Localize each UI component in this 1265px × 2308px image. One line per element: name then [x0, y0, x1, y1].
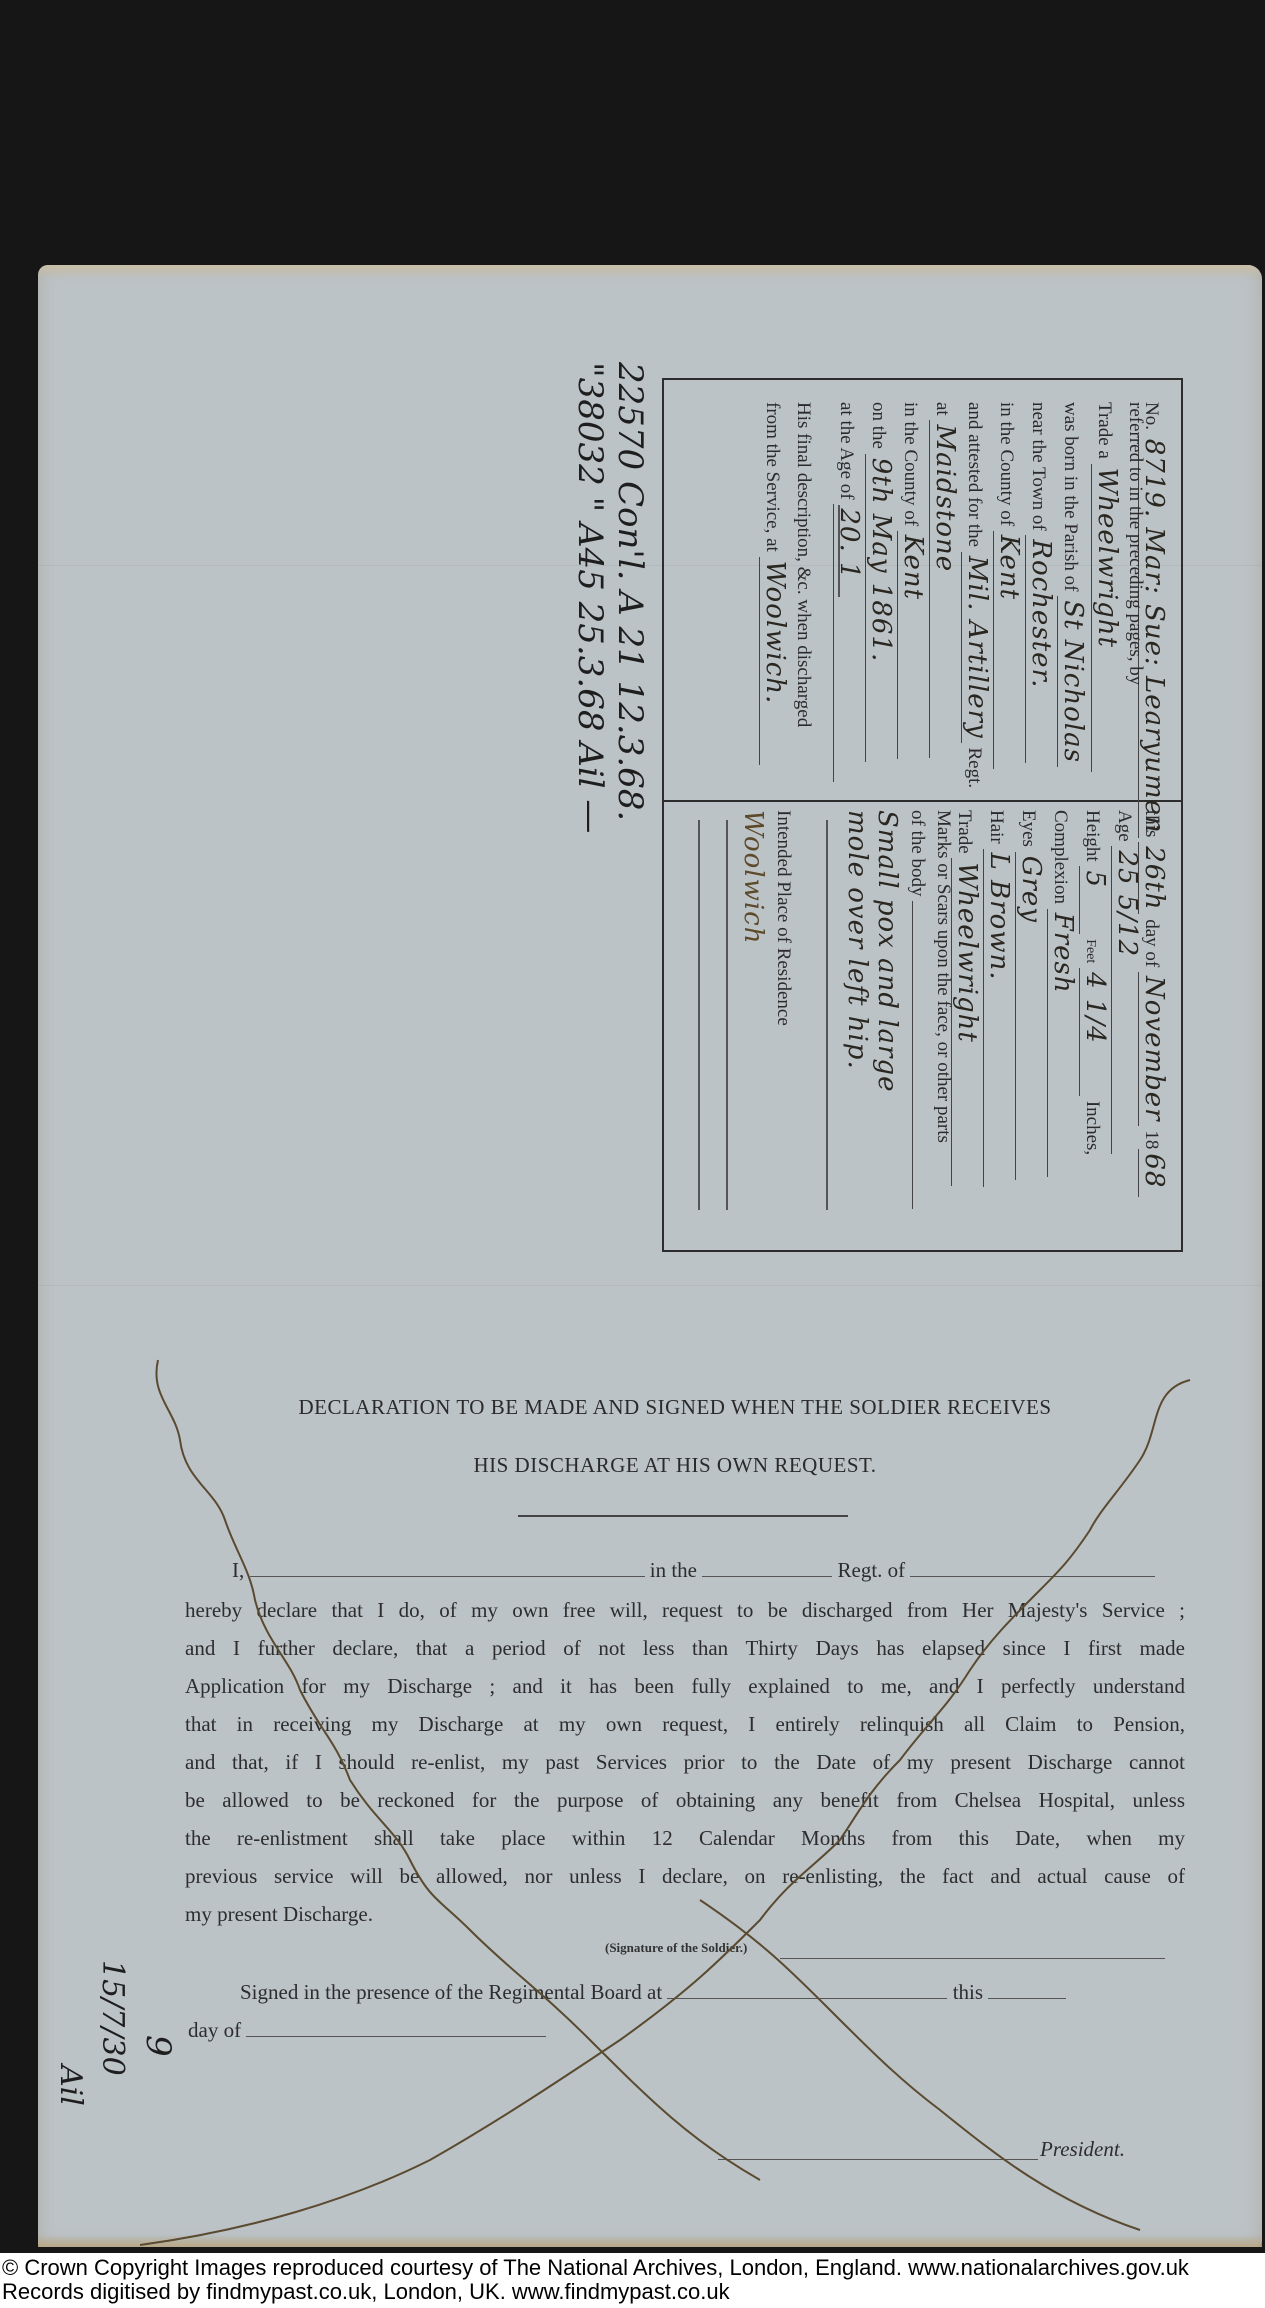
margin-annotation-number: 9 — [138, 2035, 178, 2057]
row-this-day: this 26th day of November 1868 — [1138, 810, 1169, 1197]
day-blank — [988, 1997, 1066, 1999]
rotated-annotation-line-1: 22570 Con'l. A 21 12.3.68. — [610, 362, 650, 821]
president-signature-line[interactable] — [718, 2158, 1038, 2160]
final-description-label: His final description, &c. when discharg… — [792, 402, 814, 727]
regiment-value: Mil. Artillery — [961, 552, 992, 743]
day-value: 26th — [1138, 842, 1169, 914]
paper-fold-line — [38, 1285, 1262, 1286]
board-location-blank — [667, 1997, 947, 1999]
row-discharged-at: from the Service, at Woolwich. — [759, 402, 790, 765]
declaration-body-line: that in receiving my Discharge at my own… — [185, 1712, 1185, 1737]
row-town: near the Town of Rochester. — [1025, 402, 1056, 763]
row-complexion: Complexion Fresh — [1047, 810, 1078, 1177]
county-birth-value: Kent — [993, 531, 1024, 769]
soldier-signature-label: (Signature of the Soldier.) — [605, 1940, 747, 1956]
discharge-place-value: Woolwich. — [759, 557, 790, 765]
margin-annotation-date: 15/7/30 — [95, 1960, 130, 2076]
trade-value: Wheelwright — [1091, 464, 1122, 772]
age-value: 25 5/12 — [1111, 846, 1142, 1154]
table-divider — [664, 800, 1181, 802]
row-height: Height 5 Feet 4 1/4 Inches, — [1079, 810, 1110, 1155]
margin-annotation-initials: Ail — [53, 2065, 88, 2106]
month-blank — [246, 2035, 546, 2037]
declaration-body-line: previous service will be allowed, nor un… — [185, 1864, 1185, 1889]
declaration-heading-line-1: Declaration to be made and signed when t… — [150, 1395, 1200, 1420]
copyright-footer: © Crown Copyright Images reproduced cour… — [0, 2253, 1265, 2308]
complexion-value: Fresh — [1047, 909, 1078, 1177]
declaration-heading-line-2: his discharge at his own request. — [150, 1453, 1200, 1478]
attested-date-value: 9th May 1861. — [865, 454, 896, 762]
height-inches-value: 4 1/4 — [1079, 968, 1110, 1096]
row-trade: Trade a Wheelwright — [1091, 402, 1122, 772]
row-attested-at: at Maidstone — [929, 402, 960, 758]
height-feet-value: 5 — [1079, 866, 1110, 934]
row-trade-discharge: Trade Wheelwright — [951, 810, 982, 1186]
residence-label: Intended Place of Residence — [772, 810, 794, 1026]
town-value: Rochester. — [1025, 535, 1056, 763]
marks-label: Marks or Scars upon the face, or other p… — [932, 810, 954, 1143]
regiment-blank — [910, 1575, 1155, 1577]
row-parish: was born in the Parish of St Nicholas — [1057, 402, 1088, 767]
soldier-description-table: No. 8719. Mar: Sue: Learyumen referred t… — [662, 378, 1183, 1252]
marks-value-1: Small pox and large — [872, 810, 902, 1093]
row-age-discharge: Age 25 5/12 — [1111, 810, 1142, 1154]
row-eyes: Eyes Grey — [1015, 810, 1046, 1180]
copyright-line-2: Records digitised by findmypast.co.uk, L… — [2, 2280, 1265, 2304]
blank-line — [698, 820, 700, 1210]
blank-line — [826, 820, 828, 1210]
eyes-value: Grey — [1015, 852, 1046, 1180]
declaration-body-line: be allowed to be reckoned for the purpos… — [185, 1788, 1185, 1813]
soldier-signature-line[interactable] — [780, 1957, 1165, 1959]
declaration-body-line: hereby declare that I do, of my own free… — [185, 1598, 1185, 1623]
separator-rule — [838, 505, 840, 597]
declaration-body-line: the re-enlistment shall take place withi… — [185, 1826, 1185, 1851]
year-value: 68 — [1138, 1149, 1169, 1197]
declaration-body-line: and that, if I should re-enlist, my past… — [185, 1750, 1185, 1775]
heading-rule — [518, 1515, 848, 1517]
number-blank — [702, 1575, 832, 1577]
declaration-body-line: Application for my Discharge ; and it ha… — [185, 1674, 1185, 1699]
hair-value: L Brown. — [983, 849, 1014, 1187]
row-hair: Hair L Brown. — [983, 810, 1014, 1187]
rotated-annotation-line-2: "38032 " A45 25.3.68 Ail — — [570, 362, 610, 833]
county-attested-value: Kent — [897, 531, 928, 759]
declaration-body-last-line: my present Discharge. — [185, 1902, 1185, 1927]
row-referred: referred to in the preceding pages, by — [1124, 402, 1146, 685]
row-county-birth: in the County of Kent — [993, 402, 1024, 769]
declaration-body-line: and I further declare, that a period of … — [185, 1636, 1185, 1661]
declaration-intro: I, in the Regt. of — [232, 1558, 1232, 1583]
residence-value: Woolwich — [738, 810, 768, 944]
president-label: President. — [1040, 2137, 1125, 2162]
row-county-attested: in the County of Kent — [897, 402, 928, 759]
attested-place-value: Maidstone — [929, 420, 960, 758]
row-attested: and attested for the Mil. Artillery Regt… — [961, 402, 992, 788]
row-marks: of the body — [906, 810, 928, 1209]
marks-value-2: mole over left hip. — [842, 810, 872, 1070]
row-on-the: on the 9th May 1861. — [865, 402, 896, 762]
parish-value: St Nicholas — [1057, 596, 1088, 767]
trade-discharge-value: Wheelwright — [951, 858, 982, 1186]
name-blank — [250, 1575, 645, 1577]
signed-presence-row: Signed in the presence of the Regimental… — [240, 1980, 1240, 2005]
copyright-line-1: © Crown Copyright Images reproduced cour… — [2, 2256, 1265, 2280]
blank-line — [726, 820, 728, 1210]
month-value: November — [1138, 972, 1169, 1126]
day-of-row: day of — [188, 2018, 1188, 2043]
